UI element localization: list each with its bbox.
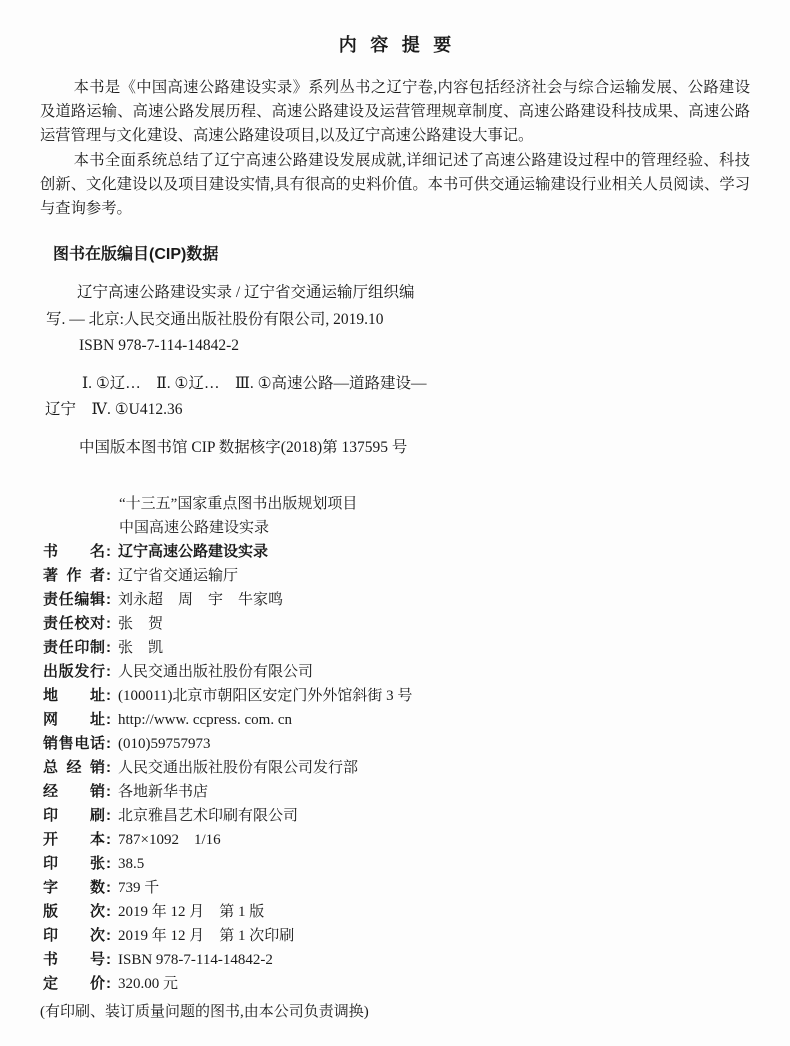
colophon-colon: : [106,804,111,828]
cip-line: 辽宁 Ⅳ. ①U412.36 [40,397,750,424]
colophon-value: 辽宁高速公路建设实录 [118,540,268,564]
colophon-value: 北京雅昌艺术印刷有限公司 [118,804,298,828]
colophon-colon: : [106,588,111,612]
colophon-row: 出版发行:人民交通出版社股份有限公司 [40,660,750,684]
colophon-label: 印次 [43,924,105,948]
colophon-row: 经销:各地新华书店 [40,780,750,804]
cip-line: 辽宁高速公路建设实录 / 辽宁省交通运输厅组织编 [40,280,750,307]
colophon-colon: : [106,660,111,684]
colophon-colon: : [106,972,111,996]
colophon-label: 网址 [43,708,105,732]
colophon-colon: : [106,948,111,972]
colophon-value: (010)59757973 [118,732,211,756]
colophon-label: 印张 [43,852,105,876]
colophon-label: 版次 [43,900,105,924]
colophon-colon: : [106,852,111,876]
colophon-row: 字数:739 千 [40,876,750,900]
colophon-label: 书号 [43,948,105,972]
colophon-colon: : [106,756,111,780]
colophon-label: 出版发行 [43,660,105,684]
colophon-value: 人民交通出版社股份有限公司 [118,660,313,684]
colophon-colon: : [106,540,111,564]
colophon-value: 张 贺 [118,612,163,636]
summary-paragraph-1: 本书是《中国高速公路建设实录》系列丛书之辽宁卷,内容包括经济社会与综合运输发展、… [40,76,750,149]
colophon-row: 版次:2019 年 12 月 第 1 版 [40,900,750,924]
colophon-label: 著作者 [43,564,105,588]
colophon-colon: : [106,636,111,660]
cip-data-block: 图书在版编目(CIP)数据 辽宁高速公路建设实录 / 辽宁省交通运输厅组织编 写… [40,244,750,461]
colophon-value: 辽宁省交通运输厅 [118,564,238,588]
series-project-line: “十三五”国家重点图书出版规划项目 [40,492,750,516]
colophon-row: 印刷:北京雅昌艺术印刷有限公司 [40,804,750,828]
colophon-value: 787×1092 1/16 [118,828,221,852]
colophon-label: 责任印制 [43,636,105,660]
colophon-rows: 书名:辽宁高速公路建设实录 著作者:辽宁省交通运输厅 责任编辑:刘永超 周 宇 … [40,540,750,996]
colophon-row: 总经销:人民交通出版社股份有限公司发行部 [40,756,750,780]
colophon-row: 印次:2019 年 12 月 第 1 次印刷 [40,924,750,948]
colophon-label: 印刷 [43,804,105,828]
colophon-row: 网址:http://www. ccpress. com. cn [40,708,750,732]
colophon-row: 书号:ISBN 978-7-114-14842-2 [40,948,750,972]
cip-line: ISBN 978-7-114-14842-2 [40,333,750,360]
colophon-row: 销售电话:(010)59757973 [40,732,750,756]
book-copyright-page: 内容提要 本书是《中国高速公路建设实录》系列丛书之辽宁卷,内容包括经济社会与综合… [0,0,790,1046]
cip-line: 中国版本图书馆 CIP 数据核字(2018)第 137595 号 [40,435,750,462]
colophon-colon: : [106,780,111,804]
colophon-row: 地址:(100011)北京市朝阳区安定门外外馆斜街 3 号 [40,684,750,708]
colophon-value: ISBN 978-7-114-14842-2 [118,948,273,972]
colophon-value: 各地新华书店 [118,780,208,804]
colophon-value: 刘永超 周 宇 牛家鸣 [118,588,283,612]
colophon-colon: : [106,828,111,852]
colophon-value: http://www. ccpress. com. cn [118,708,292,732]
colophon-value: 38.5 [118,852,144,876]
colophon-value: 人民交通出版社股份有限公司发行部 [118,756,358,780]
colophon-colon: : [106,900,111,924]
colophon-colon: : [106,876,111,900]
colophon-label: 责任编辑 [43,588,105,612]
colophon-row: 书名:辽宁高速公路建设实录 [40,540,750,564]
colophon-label: 书名 [43,540,105,564]
colophon-label: 总经销 [43,756,105,780]
colophon-row: 责任印制:张 凯 [40,636,750,660]
content-summary: 本书是《中国高速公路建设实录》系列丛书之辽宁卷,内容包括经济社会与综合运输发展、… [40,76,750,221]
colophon-row: 开本:787×1092 1/16 [40,828,750,852]
summary-paragraph-2: 本书全面系统总结了辽宁高速公路建设发展成就,详细记述了高速公路建设过程中的管理经… [40,149,750,222]
colophon-value: 张 凯 [118,636,163,660]
colophon-row: 责任编辑:刘永超 周 宇 牛家鸣 [40,588,750,612]
colophon-colon: : [106,564,111,588]
colophon-label: 地址 [43,684,105,708]
colophon-label: 定价 [43,972,105,996]
colophon-value: 2019 年 12 月 第 1 版 [118,900,264,924]
cip-heading: 图书在版编目(CIP)数据 [53,244,750,266]
colophon-colon: : [106,684,111,708]
colophon-value: (100011)北京市朝阳区安定门外外馆斜街 3 号 [118,684,412,708]
quality-note: (有印刷、装订质量问题的图书,由本公司负责调换) [40,1000,750,1024]
cip-line: Ⅰ. ①辽… Ⅱ. ①辽… Ⅲ. ①高速公路—道路建设— [40,371,750,398]
colophon-label: 开本 [43,828,105,852]
colophon-label: 字数 [43,876,105,900]
cip-line: 写. — 北京:人民交通出版社股份有限公司, 2019.10 [40,307,750,334]
content-summary-title: 内容提要 [40,34,750,56]
colophon-row: 定价:320.00 元 [40,972,750,996]
colophon-label: 销售电话 [43,732,105,756]
colophon-label: 经销 [43,780,105,804]
colophon-row: 印张:38.5 [40,852,750,876]
colophon-value: 320.00 元 [118,972,178,996]
series-title-line: 中国高速公路建设实录 [40,516,750,540]
colophon-value: 739 千 [118,876,159,900]
colophon-label: 责任校对 [43,612,105,636]
colophon-row: 责任校对:张 贺 [40,612,750,636]
colophon-colon: : [106,924,111,948]
colophon-value: 2019 年 12 月 第 1 次印刷 [118,924,294,948]
colophon-colon: : [106,612,111,636]
colophon-row: 著作者:辽宁省交通运输厅 [40,564,750,588]
colophon-colon: : [106,708,111,732]
colophon-colon: : [106,732,111,756]
colophon-block: “十三五”国家重点图书出版规划项目 中国高速公路建设实录 书名:辽宁高速公路建设… [40,492,750,1024]
